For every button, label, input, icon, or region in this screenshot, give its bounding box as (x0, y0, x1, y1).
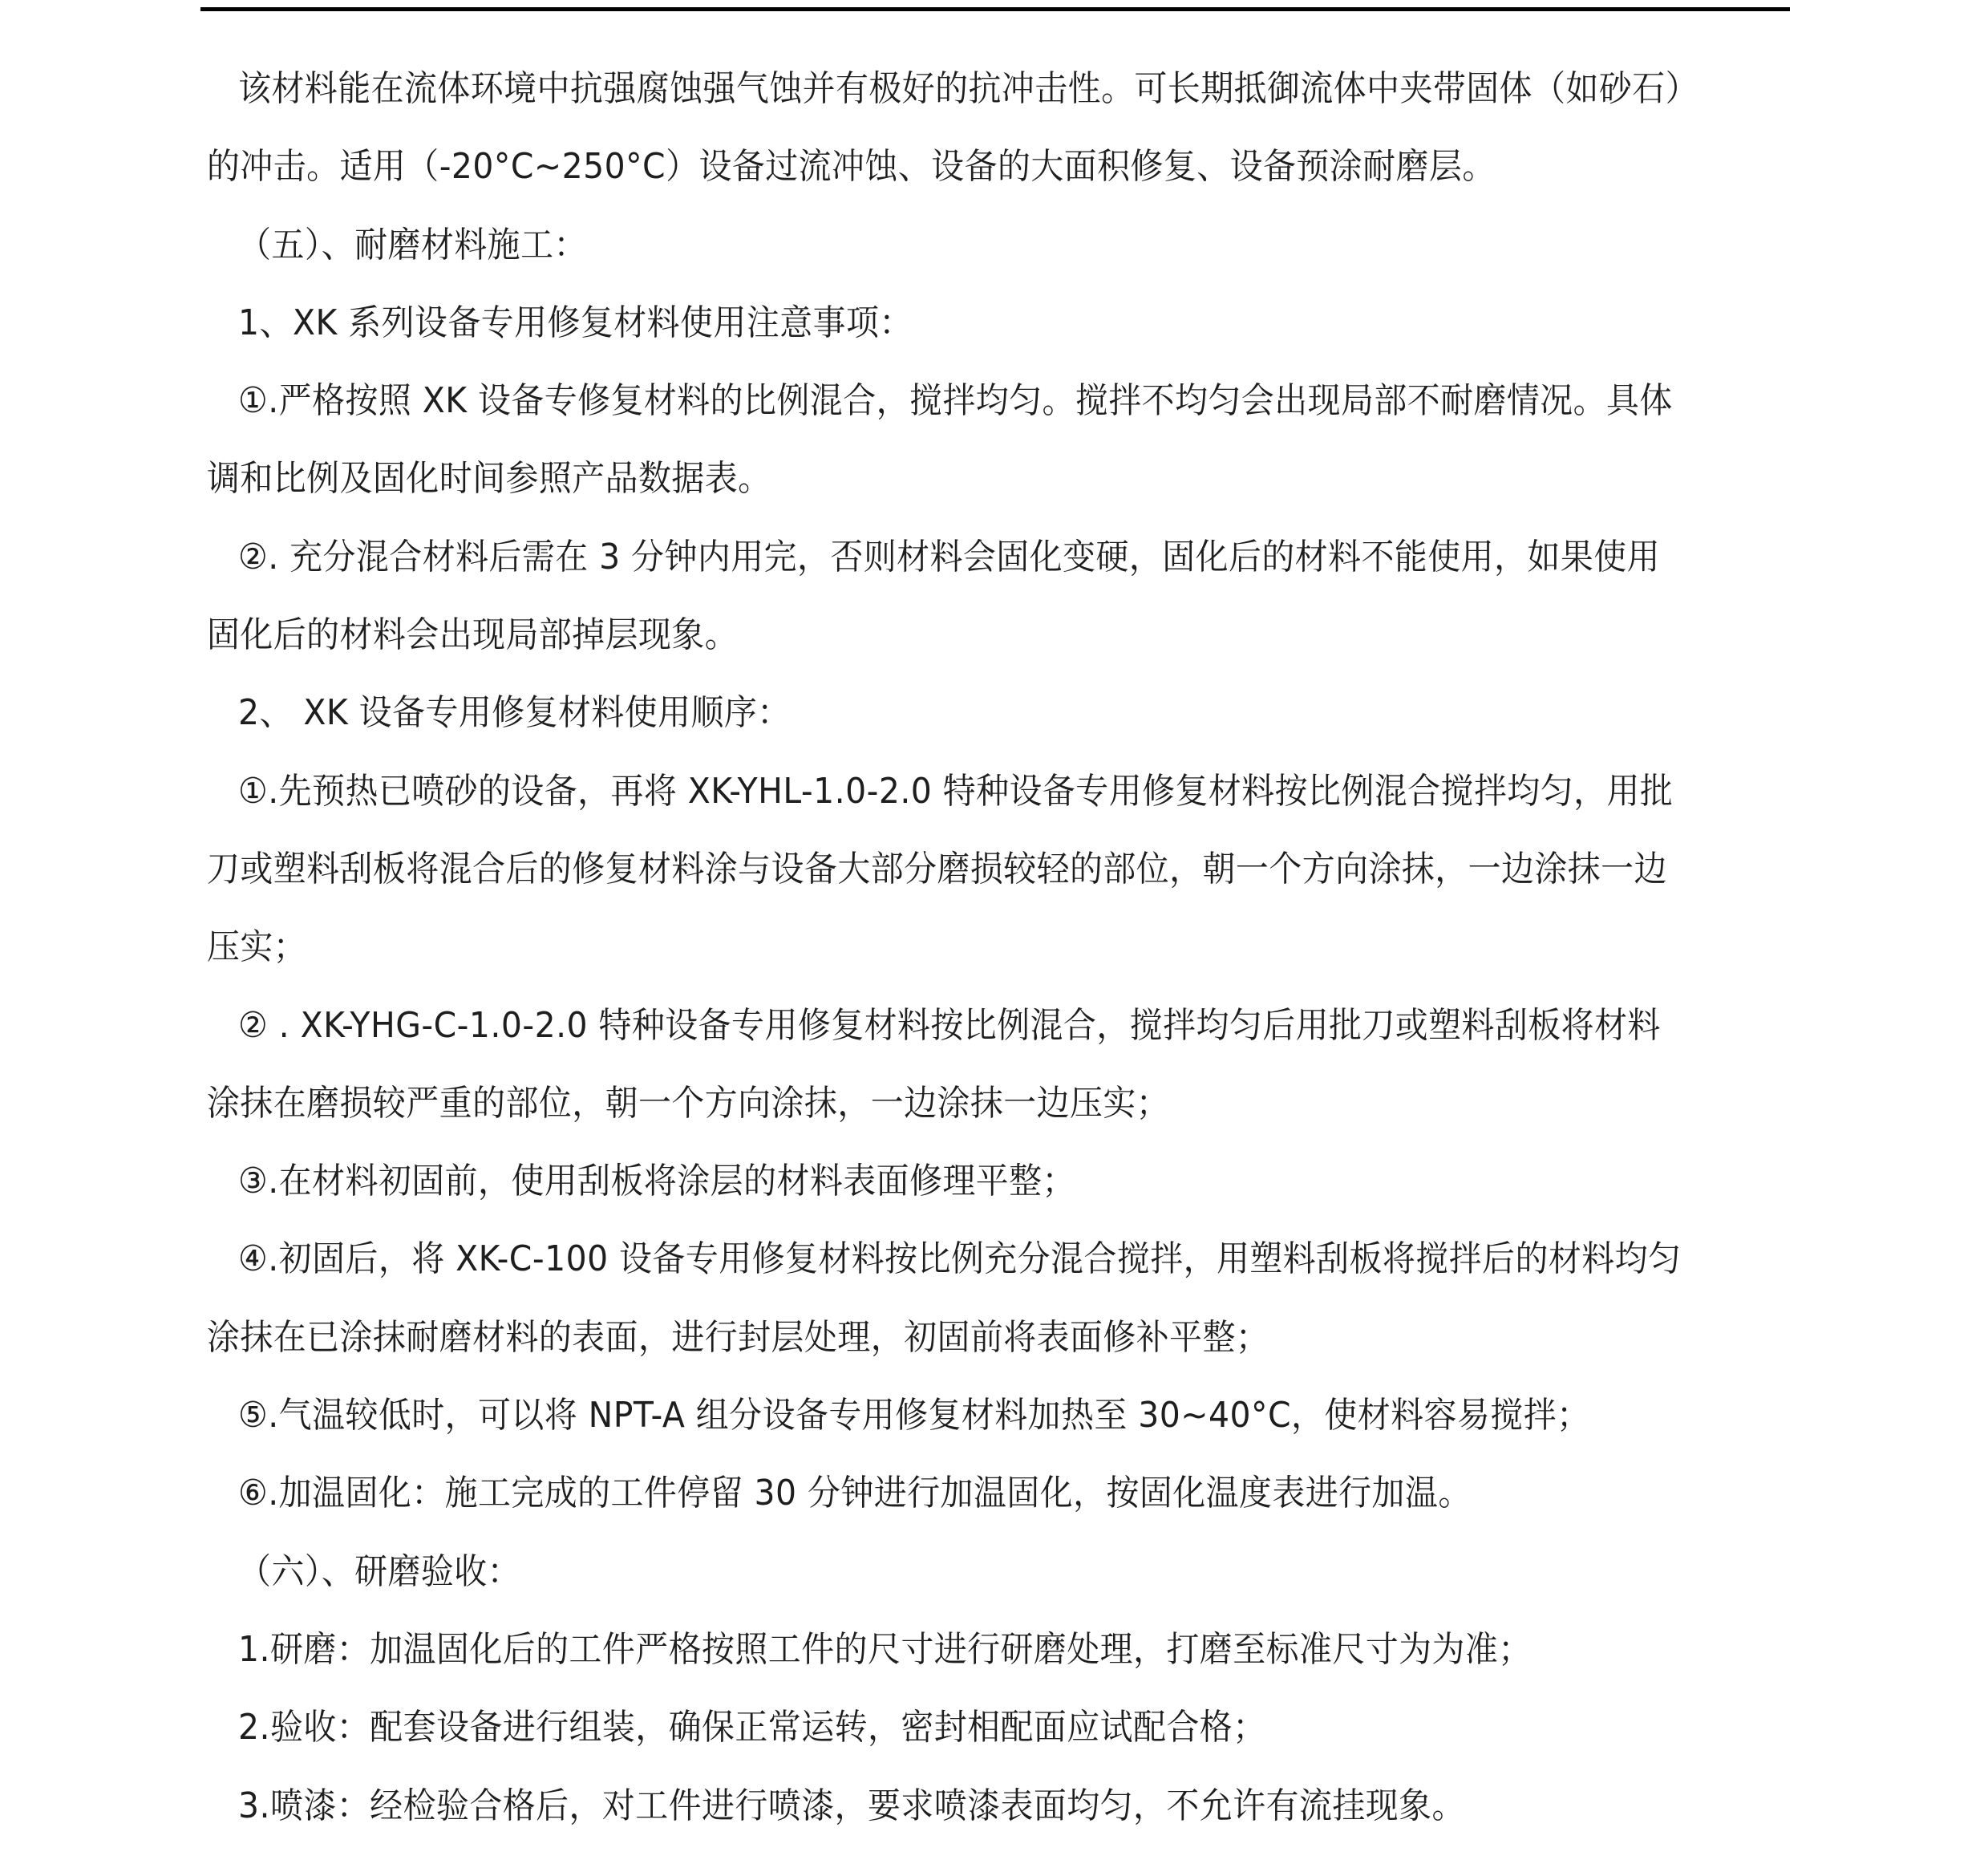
item-sequence-5: ⑤.气温较低时，可以将 NPT-A 组分设备专用修复材料加热至 30~40°C，… (207, 1376, 1680, 1454)
item-precaution-2-line-2: 固化后的材料会出现局部掉层现象。 (207, 596, 1680, 674)
item-sequence-3: ③.在材料初固前，使用刮板将涂层的材料表面修理平整； (207, 1142, 1680, 1220)
section-heading-5: （五）、耐磨材料施工： (207, 206, 1680, 284)
paragraph-material-intro-line-2: 的冲击。适用（-20°C~250°C）设备过流冲蚀、设备的大面积修复、设备预涂耐… (207, 128, 1680, 205)
item-acceptance-1-grinding: 1.研磨：加温固化后的工件严格按照工件的尺寸进行研磨处理，打磨至标准尺寸为为准； (207, 1611, 1680, 1688)
section-heading-6: （六）、研磨验收： (207, 1533, 1680, 1611)
item-sequence-1-line-3: 压实； (207, 908, 1680, 986)
item-precaution-2-line-1: ②. 充分混合材料后需在 3 分钟内用完，否则材料会固化变硬，固化后的材料不能使… (207, 518, 1680, 596)
paragraph-material-intro-line-1: 该材料能在流体环境中抗强腐蚀强气蚀并有极好的抗冲击性。可长期抵御流体中夹带固体（… (207, 50, 1680, 128)
item-sequence-4-line-2: 涂抹在已涂抹耐磨材料的表面，进行封层处理，初固前将表面修补平整； (207, 1299, 1680, 1376)
item-sequence-6: ⑥.加温固化：施工完成的工件停留 30 分钟进行加温固化，按固化温度表进行加温。 (207, 1454, 1680, 1532)
subheading-1-precautions: 1、XK 系列设备专用修复材料使用注意事项： (207, 284, 1680, 362)
item-sequence-1-line-1: ①.先预热已喷砂的设备，再将 XK-YHL-1.0-2.0 特种设备专用修复材料… (207, 752, 1680, 830)
subheading-2-sequence: 2、 XK 设备专用修复材料使用顺序： (207, 674, 1680, 752)
item-acceptance-2-inspection: 2.验收：配套设备进行组装，确保正常运转，密封相配面应试配合格； (207, 1688, 1680, 1766)
item-sequence-2-line-2: 涂抹在磨损较严重的部位，朝一个方向涂抹，一边涂抹一边压实； (207, 1064, 1680, 1142)
document-body: 该材料能在流体环境中抗强腐蚀强气蚀并有极好的抗冲击性。可长期抵御流体中夹带固体（… (207, 50, 1791, 1845)
item-acceptance-3-painting: 3.喷漆：经检验合格后，对工件进行喷漆，要求喷漆表面均匀，不允许有流挂现象。 (207, 1767, 1680, 1845)
item-sequence-1-line-2: 刀或塑料刮板将混合后的修复材料涂与设备大部分磨损较轻的部位，朝一个方向涂抹，一边… (207, 830, 1680, 908)
header-rule (200, 7, 1790, 11)
item-sequence-2-line-1: ② . XK-YHG-C-1.0-2.0 特种设备专用修复材料按比例混合，搅拌均… (207, 987, 1680, 1064)
item-sequence-4-line-1: ④.初固后，将 XK-C-100 设备专用修复材料按比例充分混合搅拌，用塑料刮板… (207, 1220, 1680, 1298)
item-precaution-1-line-1: ①.严格按照 XK 设备专修复材料的比例混合，搅拌均匀。搅拌不均匀会出现局部不耐… (207, 362, 1680, 440)
item-precaution-1-line-2: 调和比例及固化时间参照产品数据表。 (207, 440, 1680, 517)
